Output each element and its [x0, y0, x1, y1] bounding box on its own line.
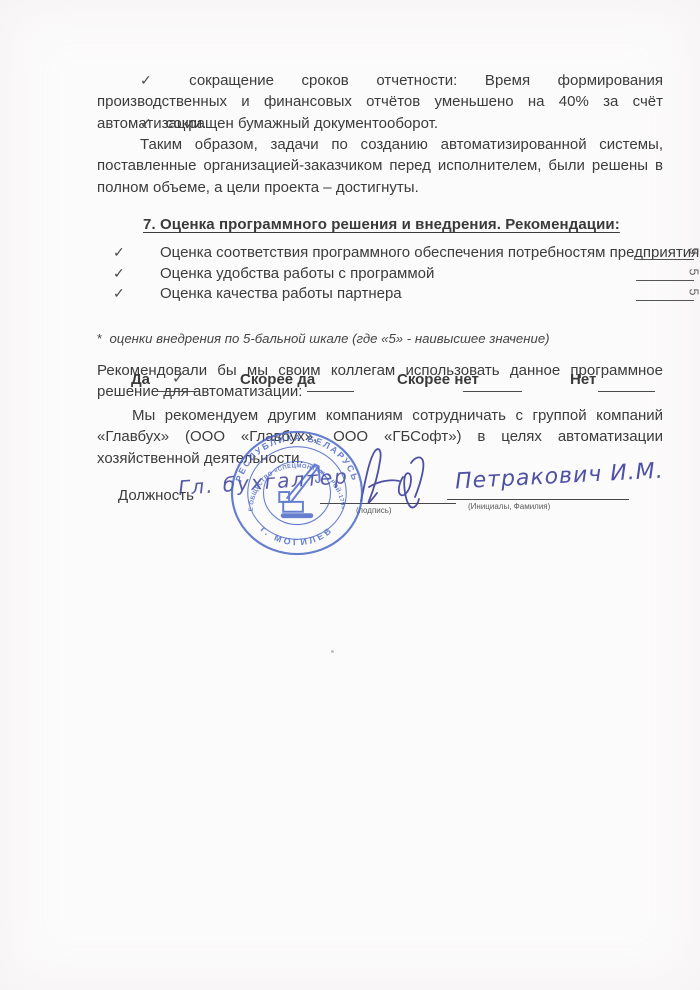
checkmark-icon: ✓	[113, 285, 125, 302]
stamp-text-city: г. МОГИЛЕВ	[259, 524, 335, 547]
rating-label: Оценка качества работы партнера	[160, 285, 402, 302]
scanned-document-page: ✓сокращение сроков отчетности: Время фор…	[0, 0, 700, 990]
rating-label: Оценка соответствия программного обеспеч…	[160, 244, 699, 261]
checkmark-icon: ✓	[113, 265, 125, 282]
conclusion-paragraph: Таким образом, задачи по созданию автома…	[97, 134, 663, 198]
svg-text:г. МОГИЛЕВ: г. МОГИЛЕВ	[259, 524, 335, 547]
option-blank-yes	[154, 375, 196, 392]
option-label-yes: Да	[131, 371, 150, 388]
checkmark-icon: ✓	[140, 115, 166, 131]
rating-row: ✓ Оценка качества работы партнера 5	[97, 284, 694, 305]
checkmark-icon: ✓	[140, 72, 189, 88]
option-blank-rather-yes	[307, 375, 354, 392]
option-label-rather-yes: Скорее да	[240, 371, 315, 388]
rating-row: ✓ Оценка удобства работы с программой 5	[97, 264, 694, 285]
bullet-text-2: сокращен бумажный документооборот.	[166, 115, 438, 132]
company-stamp: РЕСПУБЛИКА БЕЛАРУСЬ г. МОГИЛЕВ АКЦИОНЕРН…	[227, 429, 367, 559]
rating-score-line: 5	[636, 284, 694, 301]
option-blank-no	[598, 375, 655, 392]
rating-label: Оценка удобства работы с программой	[160, 265, 434, 282]
rating-score: 5	[687, 248, 700, 255]
scan-speck	[331, 650, 334, 653]
scale-footnote: * оценки внедрения по 5-бальной шкале (г…	[97, 331, 550, 346]
crane-icon	[279, 464, 319, 515]
svg-text:РЕСПУБЛИКА БЕЛАРУСЬ: РЕСПУБЛИКА БЕЛАРУСЬ	[233, 433, 360, 483]
name-line	[447, 499, 629, 500]
ratings-list: ✓ Оценка соответствия программного обесп…	[97, 243, 694, 305]
stamp-text-country: РЕСПУБЛИКА БЕЛАРУСЬ	[233, 433, 360, 483]
section-heading: 7. Оценка программного решения и внедрен…	[143, 216, 620, 233]
name-caption: (Инициалы, Фамилия)	[468, 502, 550, 511]
footnote-asterisk: *	[97, 331, 102, 346]
rating-score-line: 5	[636, 243, 694, 260]
rating-score-line: 5	[636, 264, 694, 281]
option-label-no: Нет	[570, 371, 596, 388]
rating-row: ✓ Оценка соответствия программного обесп…	[97, 243, 694, 264]
option-blank-rather-no	[463, 375, 522, 392]
signature-stroke	[355, 443, 445, 513]
rating-score: 5	[687, 289, 700, 296]
checkmark-icon: ✓	[113, 244, 125, 261]
bullet-paragraph-2: ✓сокращен бумажный документооборот.	[97, 113, 663, 134]
footnote-text: оценки внедрения по 5-бальной шкале (где…	[109, 331, 549, 346]
rating-score: 5	[687, 268, 700, 275]
